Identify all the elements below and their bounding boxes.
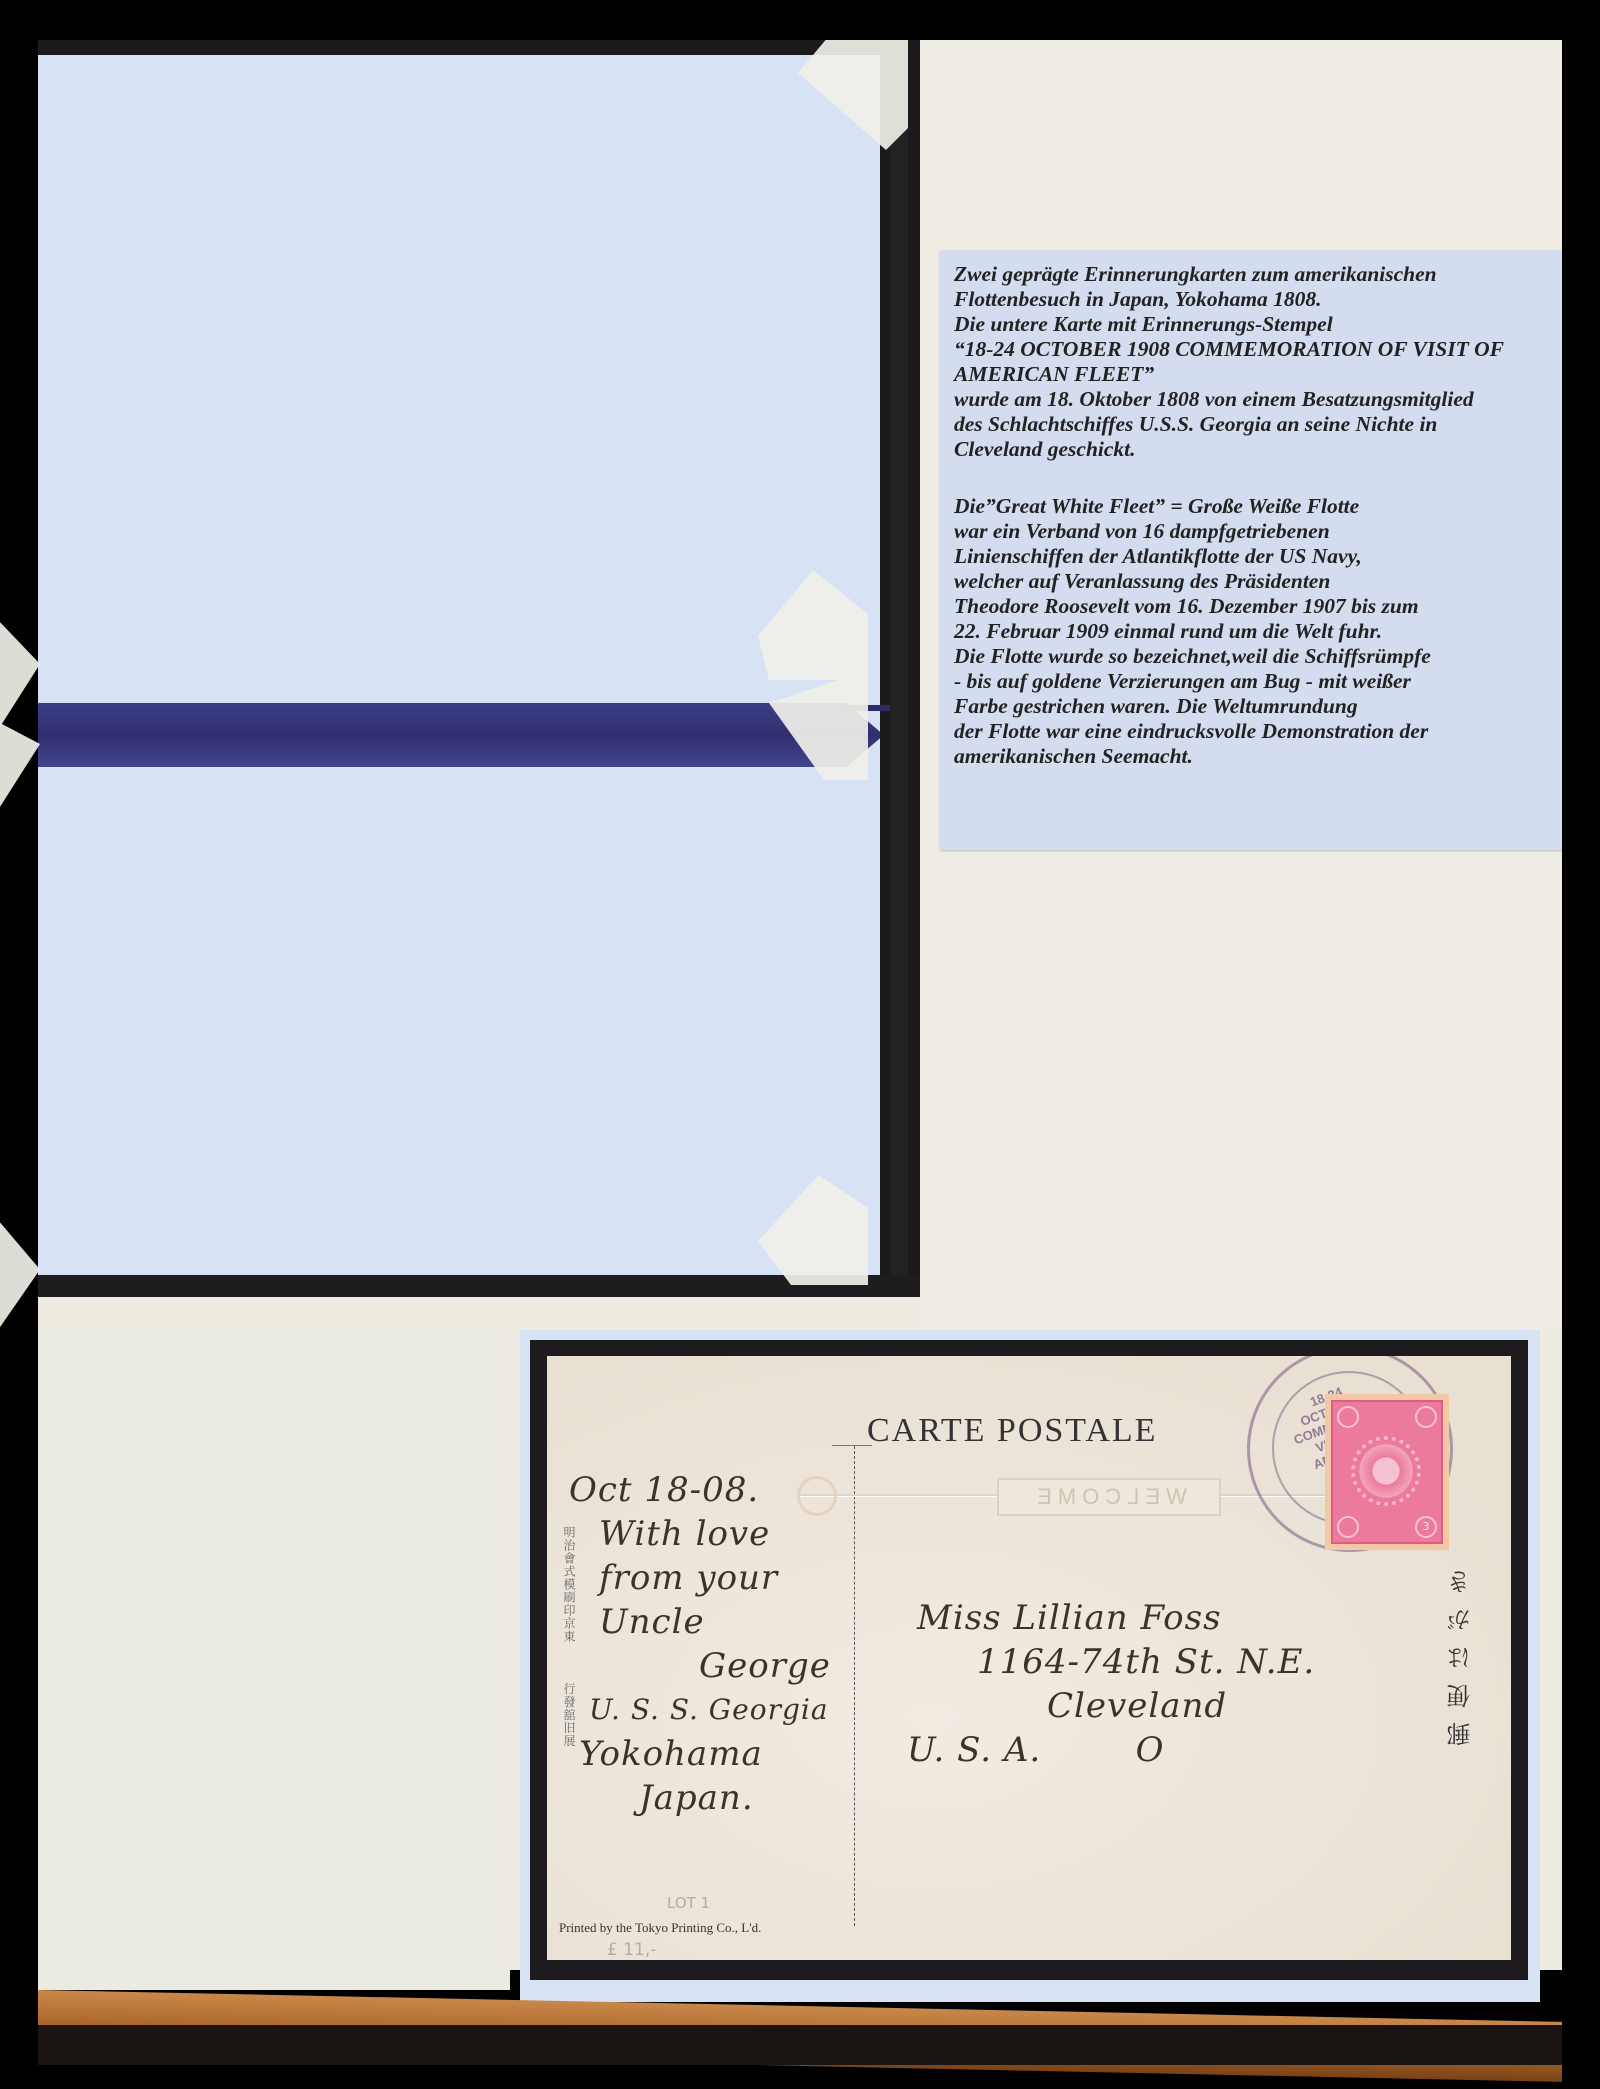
- message-line: Oct 18-08.: [569, 1468, 829, 1512]
- pencil-lot-note: LOT 1: [667, 1894, 710, 1912]
- handwritten-message: Oct 18-08. With love from your Uncle Geo…: [569, 1468, 829, 1820]
- mount-frame-edge: [890, 40, 908, 1290]
- postage-stamp: 3: [1325, 1394, 1449, 1550]
- top-card-mount: [38, 40, 920, 1290]
- printer-imprint: Printed by the Tokyo Printing Co., L'd.: [559, 1920, 761, 1936]
- table-shadow: [38, 2025, 1562, 2065]
- empty-card-slots: [38, 55, 880, 1290]
- divider-cap: [832, 1445, 872, 1446]
- message-line: Japan.: [569, 1776, 829, 1820]
- address-line: 1164-74th St. N.E.: [937, 1640, 1397, 1684]
- postcard: CARTE POSTALE WELCOME 明治會式模刷印京東 行發舘旧展 Oc…: [547, 1356, 1511, 1960]
- message-line: U. S. S. Georgia: [569, 1688, 829, 1732]
- pencil-price-note: £ 11,-: [607, 1940, 656, 1960]
- address-line: Cleveland: [937, 1684, 1397, 1728]
- message-line: Yokohama: [569, 1732, 829, 1776]
- postcard-mount: CARTE POSTALE WELCOME 明治會式模刷印京東 行發舘旧展 Oc…: [520, 1330, 1540, 2002]
- stamp-corner-ornament-icon: [1415, 1406, 1437, 1428]
- address-line: U. S. A. O: [907, 1728, 1397, 1772]
- address-line: Miss Lillian Foss: [917, 1596, 1397, 1640]
- postcard-divider-line: [854, 1446, 856, 1926]
- description-text-box: Zwei geprägte Erinnerungkarten zum ameri…: [940, 250, 1580, 850]
- handwritten-address: Miss Lillian Foss 1164-74th St. N.E. Cle…: [937, 1596, 1397, 1772]
- stamp-corner-ornament-icon: [1337, 1516, 1359, 1538]
- background-right: [1562, 0, 1600, 2089]
- message-line: from your: [569, 1556, 829, 1600]
- stamp-value: 3: [1415, 1516, 1437, 1538]
- japanese-yubin-hagaki-text: 郵便はがき: [1443, 1556, 1478, 1746]
- stamp-corner-ornament-icon: [1337, 1406, 1359, 1428]
- blue-ribbon-divider: [38, 703, 880, 767]
- postcard-title: CARTE POSTALE: [867, 1412, 1157, 1450]
- embossed-welcome-text: WELCOME: [997, 1478, 1221, 1516]
- chrysanthemum-emblem-icon: [1351, 1436, 1421, 1506]
- message-line: Uncle: [569, 1600, 829, 1644]
- description-paragraph-visit: Zwei geprägte Erinnerungkarten zum ameri…: [954, 262, 1566, 462]
- stamp-face: 3: [1331, 1400, 1443, 1544]
- message-line: With love: [569, 1512, 829, 1556]
- message-line: George: [569, 1644, 829, 1688]
- postcard-frame: CARTE POSTALE WELCOME 明治會式模刷印京東 行發舘旧展 Oc…: [530, 1340, 1528, 1980]
- empty-album-area: [38, 1325, 510, 1990]
- description-paragraph-great-white-fleet: Die”Great White Fleet” = Große Weiße Flo…: [954, 494, 1566, 769]
